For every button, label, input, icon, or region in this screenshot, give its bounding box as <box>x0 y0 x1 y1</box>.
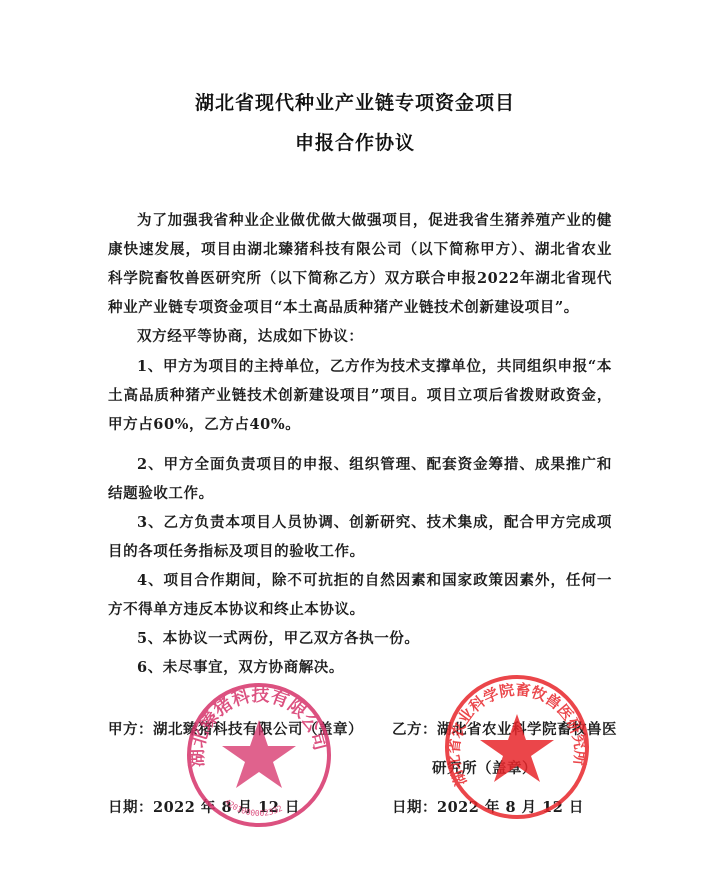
clause-4: 4、项目合作期间，除不可抗拒的自然因素和国家政策因素外，任何一方不得单方违反本协… <box>108 566 612 624</box>
party-a-seal: 湖北臻猪科技有限公司 4201000002332 <box>184 680 334 830</box>
agreement-page: 湖北省现代种业产业链专项资金项目 申报合作协议 为了加强我省种业企业做优做大做强… <box>0 0 710 870</box>
clause-5: 5、本协议一式两份，甲乙双方各执一份。 <box>108 624 612 653</box>
clause-1: 1、甲方为项目的主持单位，乙方作为技术支撑单位，共同组织申报“本土高品质种猪产业… <box>108 352 612 439</box>
document-subtitle: 申报合作协议 <box>0 128 710 155</box>
clause-2: 2、甲方全面负责项目的申报、组织管理、配套资金筹措、成果推广和结题验收工作。 <box>108 450 612 508</box>
seal-stamp-icon: 湖北臻猪科技有限公司 4201000002332 <box>184 680 334 830</box>
agreement-lead: 双方经平等协商，达成如下协议： <box>108 322 612 351</box>
clause-3: 3、乙方负责本项目人员协调、创新研究、技术集成，配合甲方完成项目的各项任务指标及… <box>108 508 612 566</box>
document-title: 湖北省现代种业产业链专项资金项目 <box>0 88 710 115</box>
svg-text:4201000002332: 4201000002332 <box>223 797 284 818</box>
intro-paragraph: 为了加强我省种业企业做优做大做强项目，促进我省生猪养殖产业的健康快速发展，项目由… <box>108 206 612 322</box>
party-b-seal: 湖北省农业科学院畜牧兽医研究所 <box>442 672 592 822</box>
seal-stamp-icon: 湖北省农业科学院畜牧兽医研究所 <box>442 672 592 822</box>
